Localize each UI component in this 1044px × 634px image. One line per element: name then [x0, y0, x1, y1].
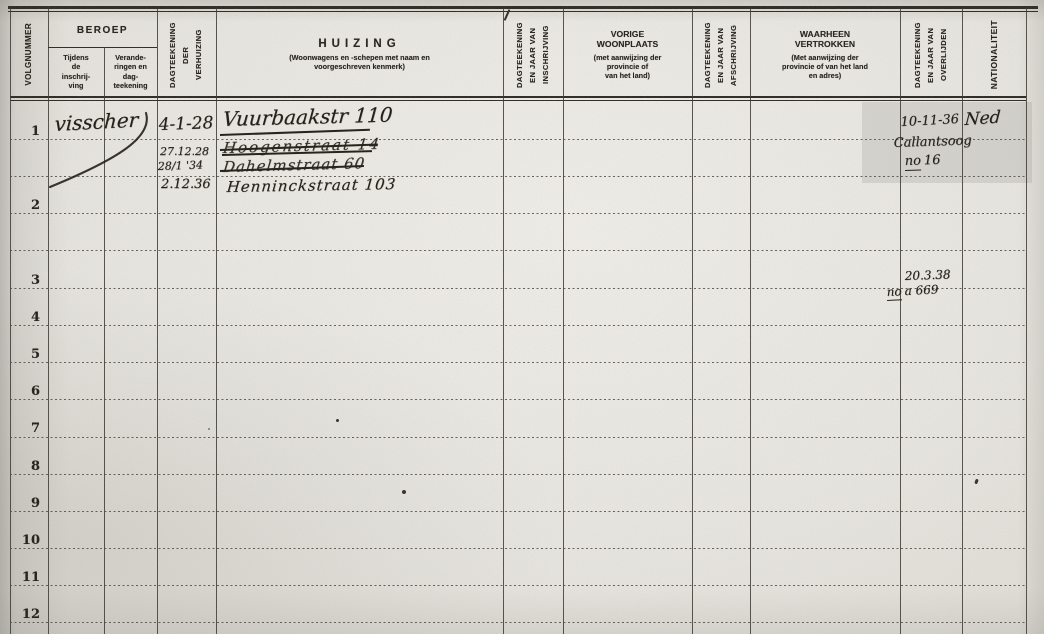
header-beroep-label: BEROEP [77, 25, 128, 36]
row-number-4: 4 [12, 310, 40, 325]
ink-speck [402, 490, 406, 494]
col-rule [692, 7, 693, 634]
header-verhuizing-label: DAGTEEKENING DER VERHUIZING [167, 22, 206, 88]
row-rule [10, 362, 1026, 363]
row-number-11: 11 [12, 570, 40, 585]
ink-speck [336, 419, 339, 422]
header-beroep: BEROEP [48, 13, 157, 47]
col-rule [503, 7, 504, 634]
header-overlijden-label: DAGTEEKENING EN JAAR VAN OVERLIJDEN [912, 22, 951, 88]
header-nationaliteit-label: NATIONALITEIT [987, 20, 1001, 89]
hw-verhuizing-date-2: 27.12.28 [160, 145, 209, 158]
row-number-12: 12 [12, 607, 40, 622]
hw-overlijden-ref-number: 16 [924, 153, 941, 169]
header-afschrijving: DAGTEEKENING EN JAAR VAN AFSCHRIJVING [692, 13, 750, 96]
header-beroep-tijdens-label: Tijdens de inschrij- ving [62, 53, 90, 89]
row-number-7: 7 [12, 421, 40, 436]
header-vorige-label: VORIGE WOONPLAATS [597, 29, 658, 50]
row-rule [10, 622, 1026, 623]
row-number-2: 2 [12, 198, 40, 213]
header-nationaliteit: NATIONALITEIT [962, 13, 1026, 96]
row-rule [10, 399, 1026, 400]
header-verhuizing: DAGTEEKENING DER VERHUIZING [157, 13, 216, 96]
row-number-6: 6 [12, 384, 40, 399]
row-rule [10, 585, 1026, 586]
hw-overlijden-place: Callantsoog [893, 133, 971, 151]
header-beroep-veranderingen: Verande- ringen en dag- teekening [104, 47, 157, 96]
row-rule [10, 511, 1026, 512]
col-rule [750, 7, 751, 634]
header-vorige-subtitle: (met aanwijzing der provincie of van het… [594, 53, 662, 80]
header-inschrijving: DAGTEEKENING EN JAAR VAN INSCHRIJVING [503, 13, 563, 96]
row-rule [10, 548, 1026, 549]
hw-overlijden-ref-prefix: no [904, 153, 921, 171]
header-huizing-subtitle: (Woonwagens en -schepen met naam en voor… [289, 53, 430, 71]
ink-speck [208, 428, 210, 430]
row-rule [10, 288, 1026, 289]
header-waarheen: WAARHEEN VERTROKKEN (Met aanwijzing der … [750, 13, 900, 96]
hw-beroep-flourish [42, 107, 157, 195]
header-bottom-border-2 [10, 100, 1026, 101]
hw-verhuizing-date-4: 2.12.36 [161, 177, 211, 192]
table-top-border [8, 6, 1038, 9]
header-huizing: HUIZING (Woonwagens en -schepen met naam… [216, 13, 503, 96]
row-rule [10, 474, 1026, 475]
hw-nationaliteit: Ned [964, 107, 1001, 130]
row-number-9: 9 [12, 496, 40, 511]
header-bottom-border [10, 96, 1026, 98]
header-volgnummer: VOLGNUMMER [10, 13, 48, 96]
hw-huizing-address-1: Vuurbaakstr 110 [222, 103, 393, 131]
hw-overlijden3-ref-prefix: no [886, 284, 902, 301]
header-afschrijving-label: DAGTEEKENING EN JAAR VAN AFSCHRIJVING [702, 22, 741, 88]
row-number-1: 1 [12, 124, 40, 139]
hw-verhuizing-date-3: 28/1 '34 [158, 158, 204, 173]
ink-speck [974, 479, 979, 485]
hw-overlijden3-date: 20.3.38 [905, 267, 951, 283]
header-vorige-woonplaats: VORIGE WOONPLAATS (met aanwijzing der pr… [563, 13, 692, 96]
row-rule [10, 139, 1026, 140]
hw-overlijden3-ref: noa 669 [886, 282, 938, 299]
hw-overlijden-ref: no16 [904, 153, 940, 169]
register-scan-page: VOLGNUMMER BEROEP Tijdens de inschrij- v… [0, 0, 1044, 634]
header-beroep-veranderingen-label: Verande- ringen en dag- teekening [113, 53, 147, 89]
header-volgnummer-label: VOLGNUMMER [22, 23, 36, 86]
row-rule [10, 250, 1026, 251]
row-rule [10, 213, 1026, 214]
row-rule [10, 325, 1026, 326]
col-rule [900, 7, 901, 634]
row-rule [10, 437, 1026, 438]
col-rule [216, 7, 217, 634]
header-beroep-tijdens: Tijdens de inschrij- ving [48, 47, 104, 96]
header-waarheen-label: WAARHEEN VERTROKKEN [795, 29, 855, 50]
col-rule [48, 7, 49, 634]
row-number-5: 5 [12, 347, 40, 362]
hw-overlijden3-ref-rest: a 669 [904, 282, 939, 298]
row-number-3: 3 [12, 273, 40, 288]
header-overlijden: DAGTEEKENING EN JAAR VAN OVERLIJDEN [900, 13, 962, 96]
hw-overlijden-date: 10-11-36 [900, 112, 959, 130]
hw-huizing-address-4: Henninckstraat 103 [226, 175, 397, 196]
col-rule [1026, 7, 1027, 634]
row-number-8: 8 [12, 459, 40, 474]
col-rule [157, 7, 158, 634]
header-inschrijving-label: DAGTEEKENING EN JAAR VAN INSCHRIJVING [514, 22, 553, 88]
row-number-10: 10 [12, 533, 40, 548]
header-huizing-label: HUIZING [318, 38, 400, 50]
header-waarheen-subtitle: (Met aanwijzing der provincie of van het… [782, 53, 868, 80]
col-rule [962, 7, 963, 634]
hw-verhuizing-date-1: 4-1-28 [158, 113, 213, 135]
col-rule [563, 7, 564, 634]
